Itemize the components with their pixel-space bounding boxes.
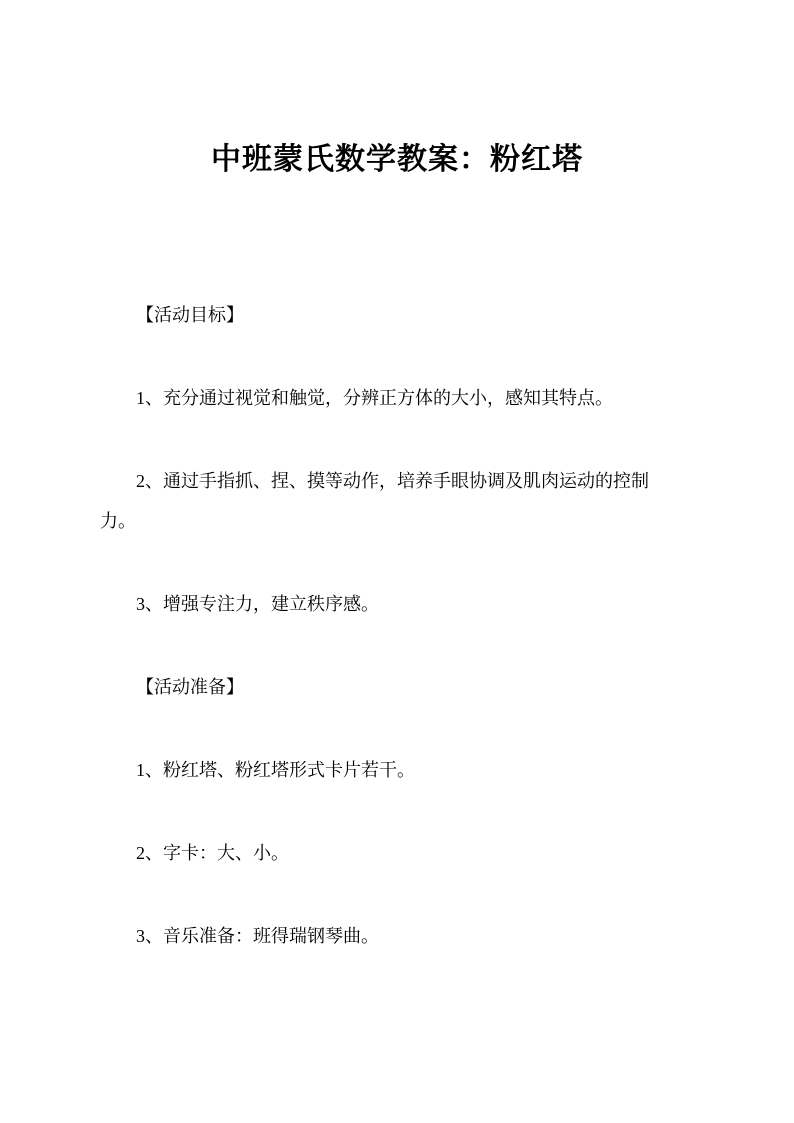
section-activity-goals: 【活动目标】 1、充分通过视觉和触觉，分辨正方体的大小，感知其特点。 2、通过手… <box>100 295 694 624</box>
preparation-item-2: 2、字卡：大、小。 <box>100 833 694 873</box>
preparation-item-3: 3、音乐准备：班得瑞钢琴曲。 <box>100 916 694 956</box>
goals-item-2-line-2: 力。 <box>100 501 694 541</box>
goals-item-3: 3、增强专注力，建立秩序感。 <box>100 584 694 624</box>
goals-item-2: 2、通过手指抓、捏、摸等动作，培养手眼协调及肌肉运动的控制 力。 <box>100 461 694 541</box>
goals-item-2-line-1: 2、通过手指抓、捏、摸等动作，培养手眼协调及肌肉运动的控制 <box>100 461 694 501</box>
goals-heading: 【活动目标】 <box>100 295 694 335</box>
preparation-heading: 【活动准备】 <box>100 667 694 707</box>
preparation-item-1: 1、粉红塔、粉红塔形式卡片若干。 <box>100 750 694 790</box>
document-title: 中班蒙氏数学教案：粉红塔 <box>100 0 694 181</box>
section-activity-preparation: 【活动准备】 1、粉红塔、粉红塔形式卡片若干。 2、字卡：大、小。 3、音乐准备… <box>100 667 694 956</box>
document-page: 中班蒙氏数学教案：粉红塔 【活动目标】 1、充分通过视觉和触觉，分辨正方体的大小… <box>0 0 794 1123</box>
goals-item-1: 1、充分通过视觉和触觉，分辨正方体的大小，感知其特点。 <box>100 378 694 418</box>
